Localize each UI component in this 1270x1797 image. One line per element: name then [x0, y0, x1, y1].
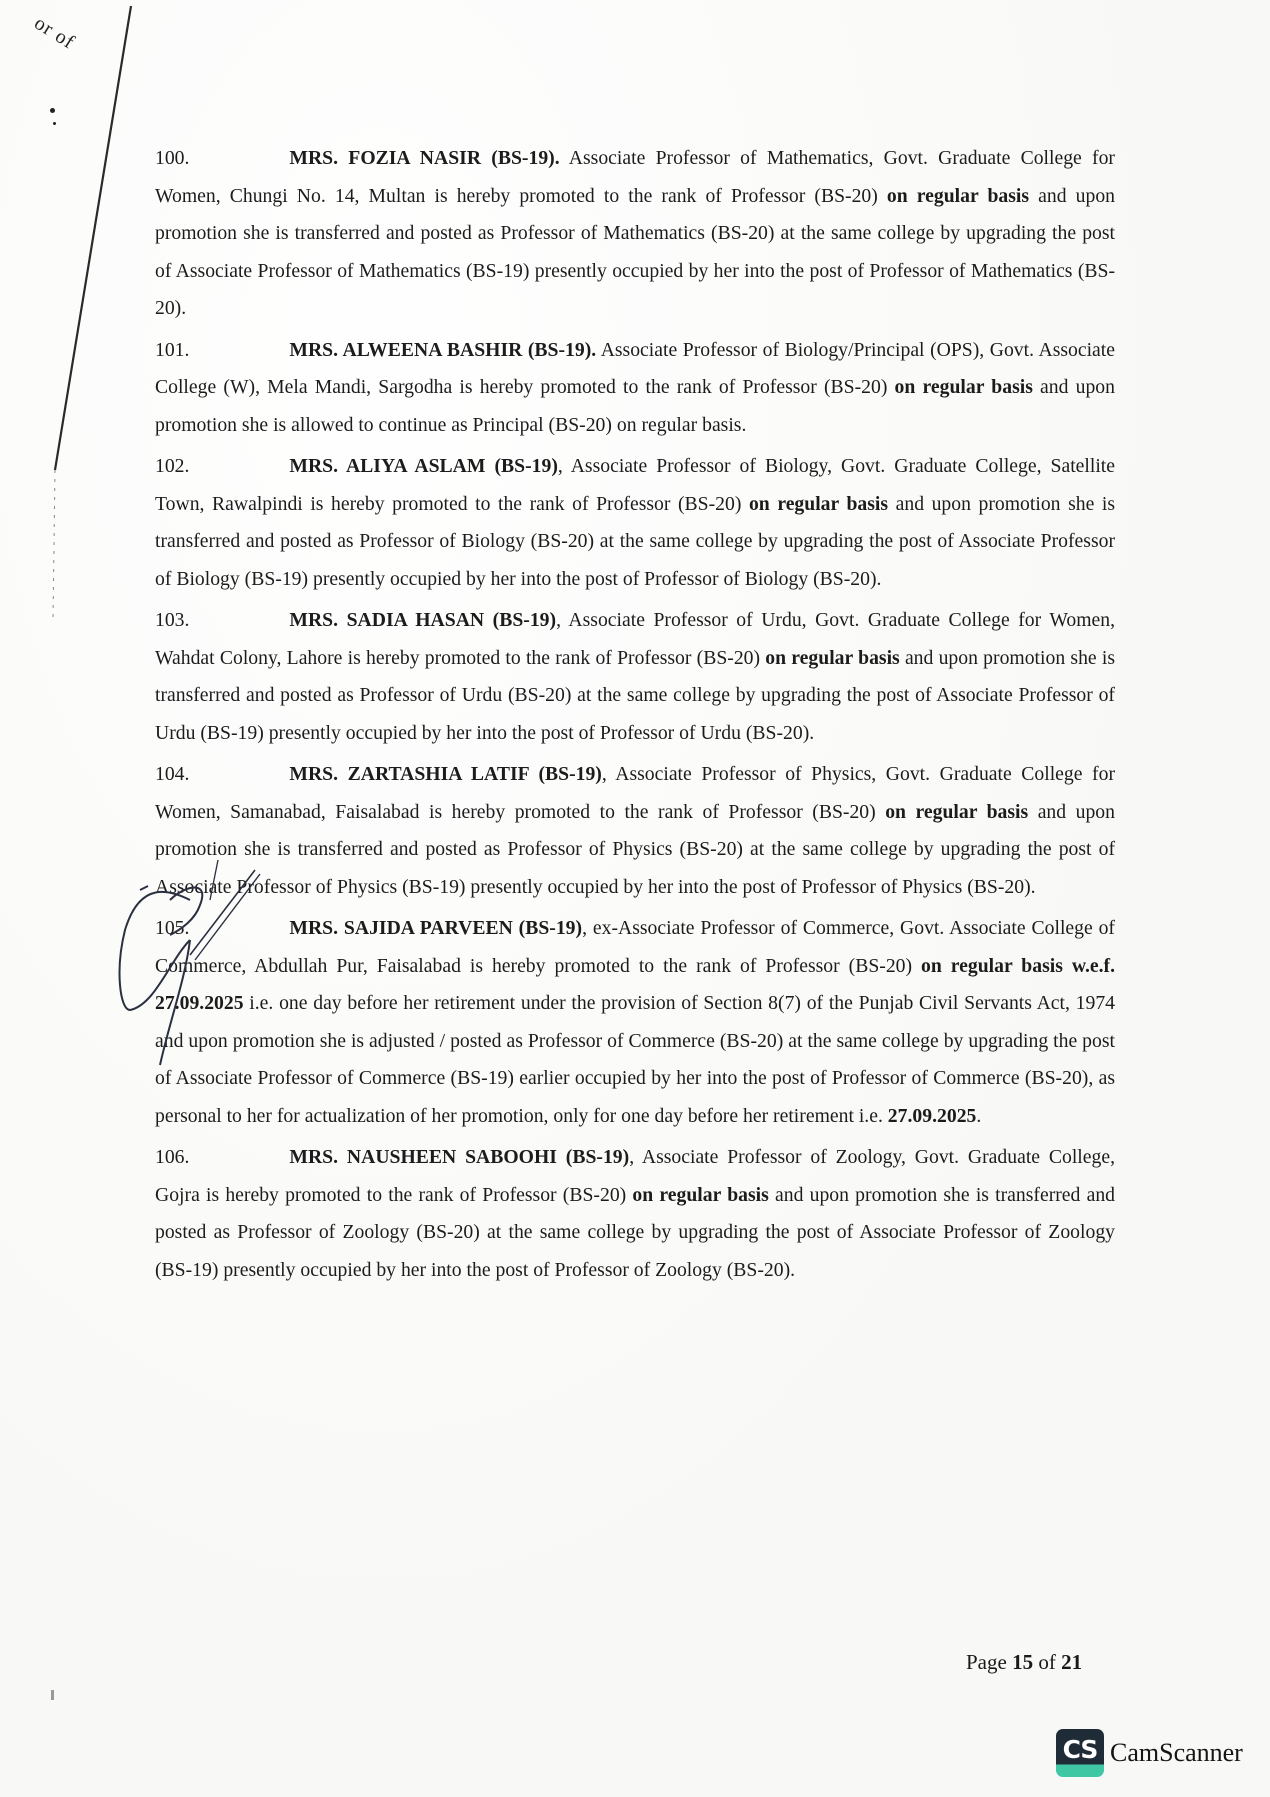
paragraph-number: 101. [155, 332, 289, 370]
officer-name: MRS. ZARTASHIA LATIF (BS-19) [289, 763, 601, 785]
current-page: 15 [1012, 1650, 1033, 1674]
officer-name: MRS. ALIYA ASLAM (BS-19) [289, 455, 557, 477]
paragraph-number: 106. [155, 1139, 289, 1177]
paragraph-number: 102. [155, 448, 289, 486]
officer-name: MRS. NAUSHEEN SABOOHI (BS-19) [289, 1146, 629, 1168]
page-number: Page 15 of 21 [966, 1650, 1082, 1675]
promotion-paragraph: 105.MRS. SAJIDA PARVEEN (BS-19), ex-Asso… [155, 910, 1115, 1135]
page-label: Page [966, 1650, 1012, 1674]
paragraph-number: 104. [155, 756, 289, 794]
officer-name: MRS. SAJIDA PARVEEN (BS-19) [289, 917, 582, 939]
emphasized-text: on regular basis [885, 801, 1028, 823]
promotion-paragraph: 102.MRS. ALIYA ASLAM (BS-19), Associate … [155, 448, 1115, 598]
paragraph-number: 105. [155, 910, 289, 948]
page-of-label: of [1033, 1650, 1061, 1674]
promotion-paragraph: 103.MRS. SADIA HASAN (BS-19), Associate … [155, 602, 1115, 752]
emphasized-text: on regular basis [765, 647, 899, 669]
emphasized-text: on regular basis [749, 493, 888, 515]
paragraph-number: 100. [155, 140, 289, 178]
emphasized-text: on regular basis [895, 376, 1033, 398]
emphasized-text: on regular basis [887, 185, 1029, 207]
margin-specks [50, 108, 56, 138]
officer-name: MRS. ALWEENA BASHIR (BS-19). [289, 339, 596, 361]
total-pages: 21 [1061, 1650, 1082, 1674]
camscanner-brand-text: CamScanner [1110, 1738, 1243, 1768]
promotion-paragraph: 104.MRS. ZARTASHIA LATIF (BS-19), Associ… [155, 756, 1115, 906]
promotion-paragraph: 106.MRS. NAUSHEEN SABOOHI (BS-19), Assoc… [155, 1139, 1115, 1289]
promotion-paragraph: 101.MRS. ALWEENA BASHIR (BS-19). Associa… [155, 332, 1115, 445]
promotion-paragraph: 100.MRS. FOZIA NASIR (BS-19). Associate … [155, 140, 1115, 328]
officer-name: MRS. FOZIA NASIR (BS-19). [289, 147, 559, 169]
paragraph-text: . [976, 1105, 981, 1127]
emphasized-text: 27.09.2025 [888, 1105, 977, 1127]
camscanner-logo-icon: CS [1056, 1729, 1104, 1777]
officer-name: MRS. SADIA HASAN (BS-19) [289, 609, 556, 631]
paragraph-number: 103. [155, 602, 289, 640]
camscanner-watermark: CS CamScanner [1056, 1729, 1243, 1777]
margin-speck [51, 1690, 54, 1700]
document-body: 100.MRS. FOZIA NASIR (BS-19). Associate … [155, 140, 1107, 1293]
emphasized-text: on regular basis [632, 1184, 768, 1206]
